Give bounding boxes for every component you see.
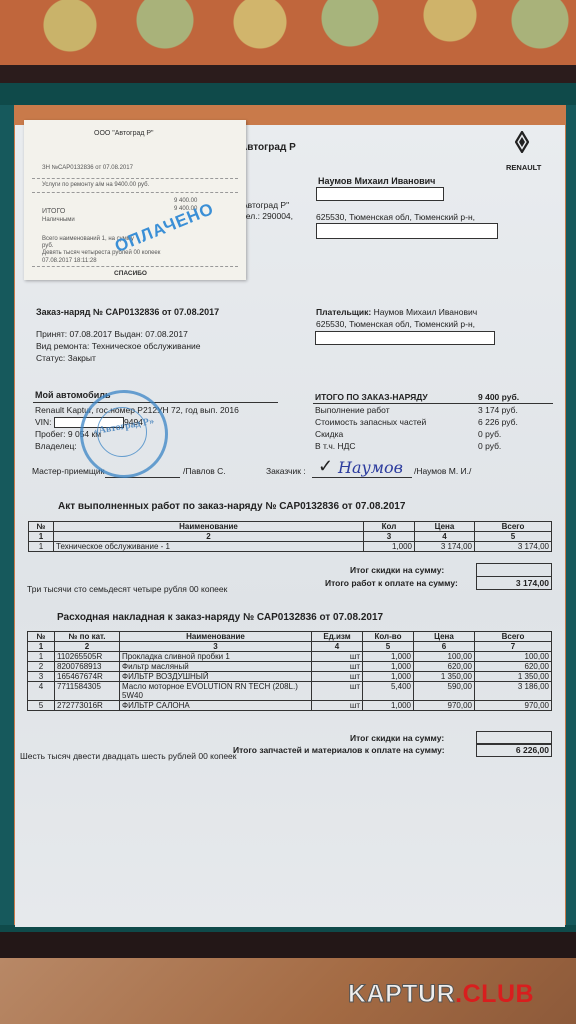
works-discount-value (476, 563, 552, 577)
folder-edge-top (0, 65, 576, 105)
parts-table: № № по кат. Наименование Ед.изм Кол-во Ц… (27, 631, 552, 711)
redacted-field (316, 223, 498, 239)
parts-title: Расходная накладная к заказ-наряду № САР… (57, 612, 383, 623)
summary-row-label: Выполнение работ (315, 405, 390, 415)
receipt-doc-ref: ЗН №САР0132836 от 07.08.2017 (42, 165, 133, 171)
folder-edge-bottom (0, 925, 576, 960)
customer-label: Заказчик : (266, 466, 306, 476)
paid-stamp: ОПЛАЧЕНО (112, 199, 217, 257)
payer-address: 625530, Тюменская обл, Тюменский р-н, (316, 319, 475, 329)
order-status: Статус: Закрыт (36, 353, 96, 363)
receipt-service-line: Услуги по ремонту а/м на 9400.00 руб. (42, 182, 149, 188)
receipt-total-label: ИТОГО (42, 208, 65, 215)
summary-row-value: 0 руб. (478, 441, 501, 451)
summary-row-label: В т.ч. НДС (315, 441, 356, 451)
car-owner: Владелец: (35, 441, 77, 451)
works-table: № Наименование Кол Цена Всего 12345 1 Те… (28, 521, 552, 552)
customer-name: Наумов Михаил Иванович (318, 176, 435, 186)
receipt-company: ООО "Автоград Р" (94, 130, 154, 137)
site-watermark: KAPTUR.CLUB (348, 980, 534, 1009)
table-colnum-row: 1234567 (28, 642, 552, 652)
works-total-value: 3 174,00 (476, 576, 552, 590)
dealer-phone: тел.: 290004, (242, 211, 293, 221)
works-discount-label: Итог скидки на сумму: (350, 565, 444, 575)
renault-logo-icon (515, 131, 529, 153)
redacted-field (315, 331, 495, 345)
dealer-name: Автоград Р (240, 142, 296, 153)
master-name: /Павлов С. (183, 466, 226, 476)
works-total-label: Итого работ к оплате на сумму: (325, 578, 458, 588)
customer-signature: Наумов (338, 458, 403, 477)
table-row: 3165467674RФИЛЬТР ВОЗДУШНЫЙшт1,0001 350,… (28, 672, 552, 682)
table-row: 1110265505RПрокладка сливной пробки 1шт1… (28, 652, 552, 662)
master-label: Мастер-приемщик (32, 466, 104, 476)
checkmark-icon: ✓ (318, 456, 333, 477)
receipt-words: Девять тысяч четыреста рублей 00 копеек (42, 250, 160, 256)
vin-label: VIN: (35, 417, 52, 427)
table-row: 1 Техническое обслуживание - 1 1,000 3 1… (29, 542, 552, 552)
payer-name: Наумов Михаил Иванович (374, 307, 478, 317)
receipt-datetime: 07.08.2017 18:11:28 (42, 258, 97, 264)
order-repair-type: Вид ремонта: Техническое обслуживание (36, 341, 201, 351)
table-header-row: № № по кат. Наименование Ед.изм Кол-во Ц… (28, 632, 552, 642)
summary-row-value: 3 174 руб. (478, 405, 518, 415)
folder-edge-left (0, 105, 14, 925)
receipt-payment-type: Наличными (42, 217, 75, 223)
summary-row-value: 0 руб. (478, 429, 501, 439)
table-row: 5272773016RФИЛЬТР САЛОНАшт1,000970,00970… (28, 701, 552, 711)
summary-total: 9 400 руб. (478, 392, 519, 402)
payer-label: Плательщик: (316, 307, 371, 317)
dealer-short: Автоград Р" (242, 200, 289, 210)
parts-total-value: 6 226,00 (476, 743, 552, 757)
order-title: Заказ-наряд № САР0132836 от 07.08.2017 (36, 307, 219, 317)
parts-discount-label: Итог скидки на сумму: (350, 733, 444, 743)
table-row: 47711584305Масло моторное EVOLUTION RN T… (28, 682, 552, 701)
works-words: Три тысячи сто семьдесят четыре рубля 00… (27, 584, 227, 594)
summary-row-label: Скидка (315, 429, 343, 439)
order-accepted: Принят: 07.08.2017 Выдан: 07.08.2017 (36, 329, 188, 339)
works-title: Акт выполненных работ по заказ-наряду № … (58, 501, 405, 512)
table-colnum-row: 12345 (29, 532, 552, 542)
brand-name: RENAULT (506, 163, 541, 172)
cash-receipt: ООО "Автоград Р" ЗН №САР0132836 от 07.08… (24, 120, 246, 280)
receipt-rub: руб. (42, 243, 53, 249)
parts-words: Шесть тысяч двести двадцать шесть рублей… (20, 751, 237, 761)
receipt-amount: 9 400.00 (174, 198, 197, 204)
customer-address: 625530, Тюменская обл, Тюменский р-н, (316, 212, 475, 222)
parts-total-label: Итого запчастей и материалов к оплате на… (233, 745, 445, 755)
summary-row-label: Стоимость запасных частей (315, 417, 426, 427)
folder-edge-right (566, 105, 576, 925)
dealer-seal: «Автоград Р» (80, 390, 168, 478)
receipt-thanks: СПАСИБО (114, 270, 147, 277)
table-header-row: № Наименование Кол Цена Всего (29, 522, 552, 532)
summary-title: ИТОГО ПО ЗАКАЗ-НАРЯДУ (315, 392, 428, 402)
tablecloth-background (0, 0, 576, 75)
redacted-field (316, 187, 444, 201)
table-row: 28200768913Фильтр масляныйшт1,000620,006… (28, 662, 552, 672)
summary-row-value: 6 226 руб. (478, 417, 518, 427)
customer-name-sign: /Наумов М. И./ (414, 466, 471, 476)
